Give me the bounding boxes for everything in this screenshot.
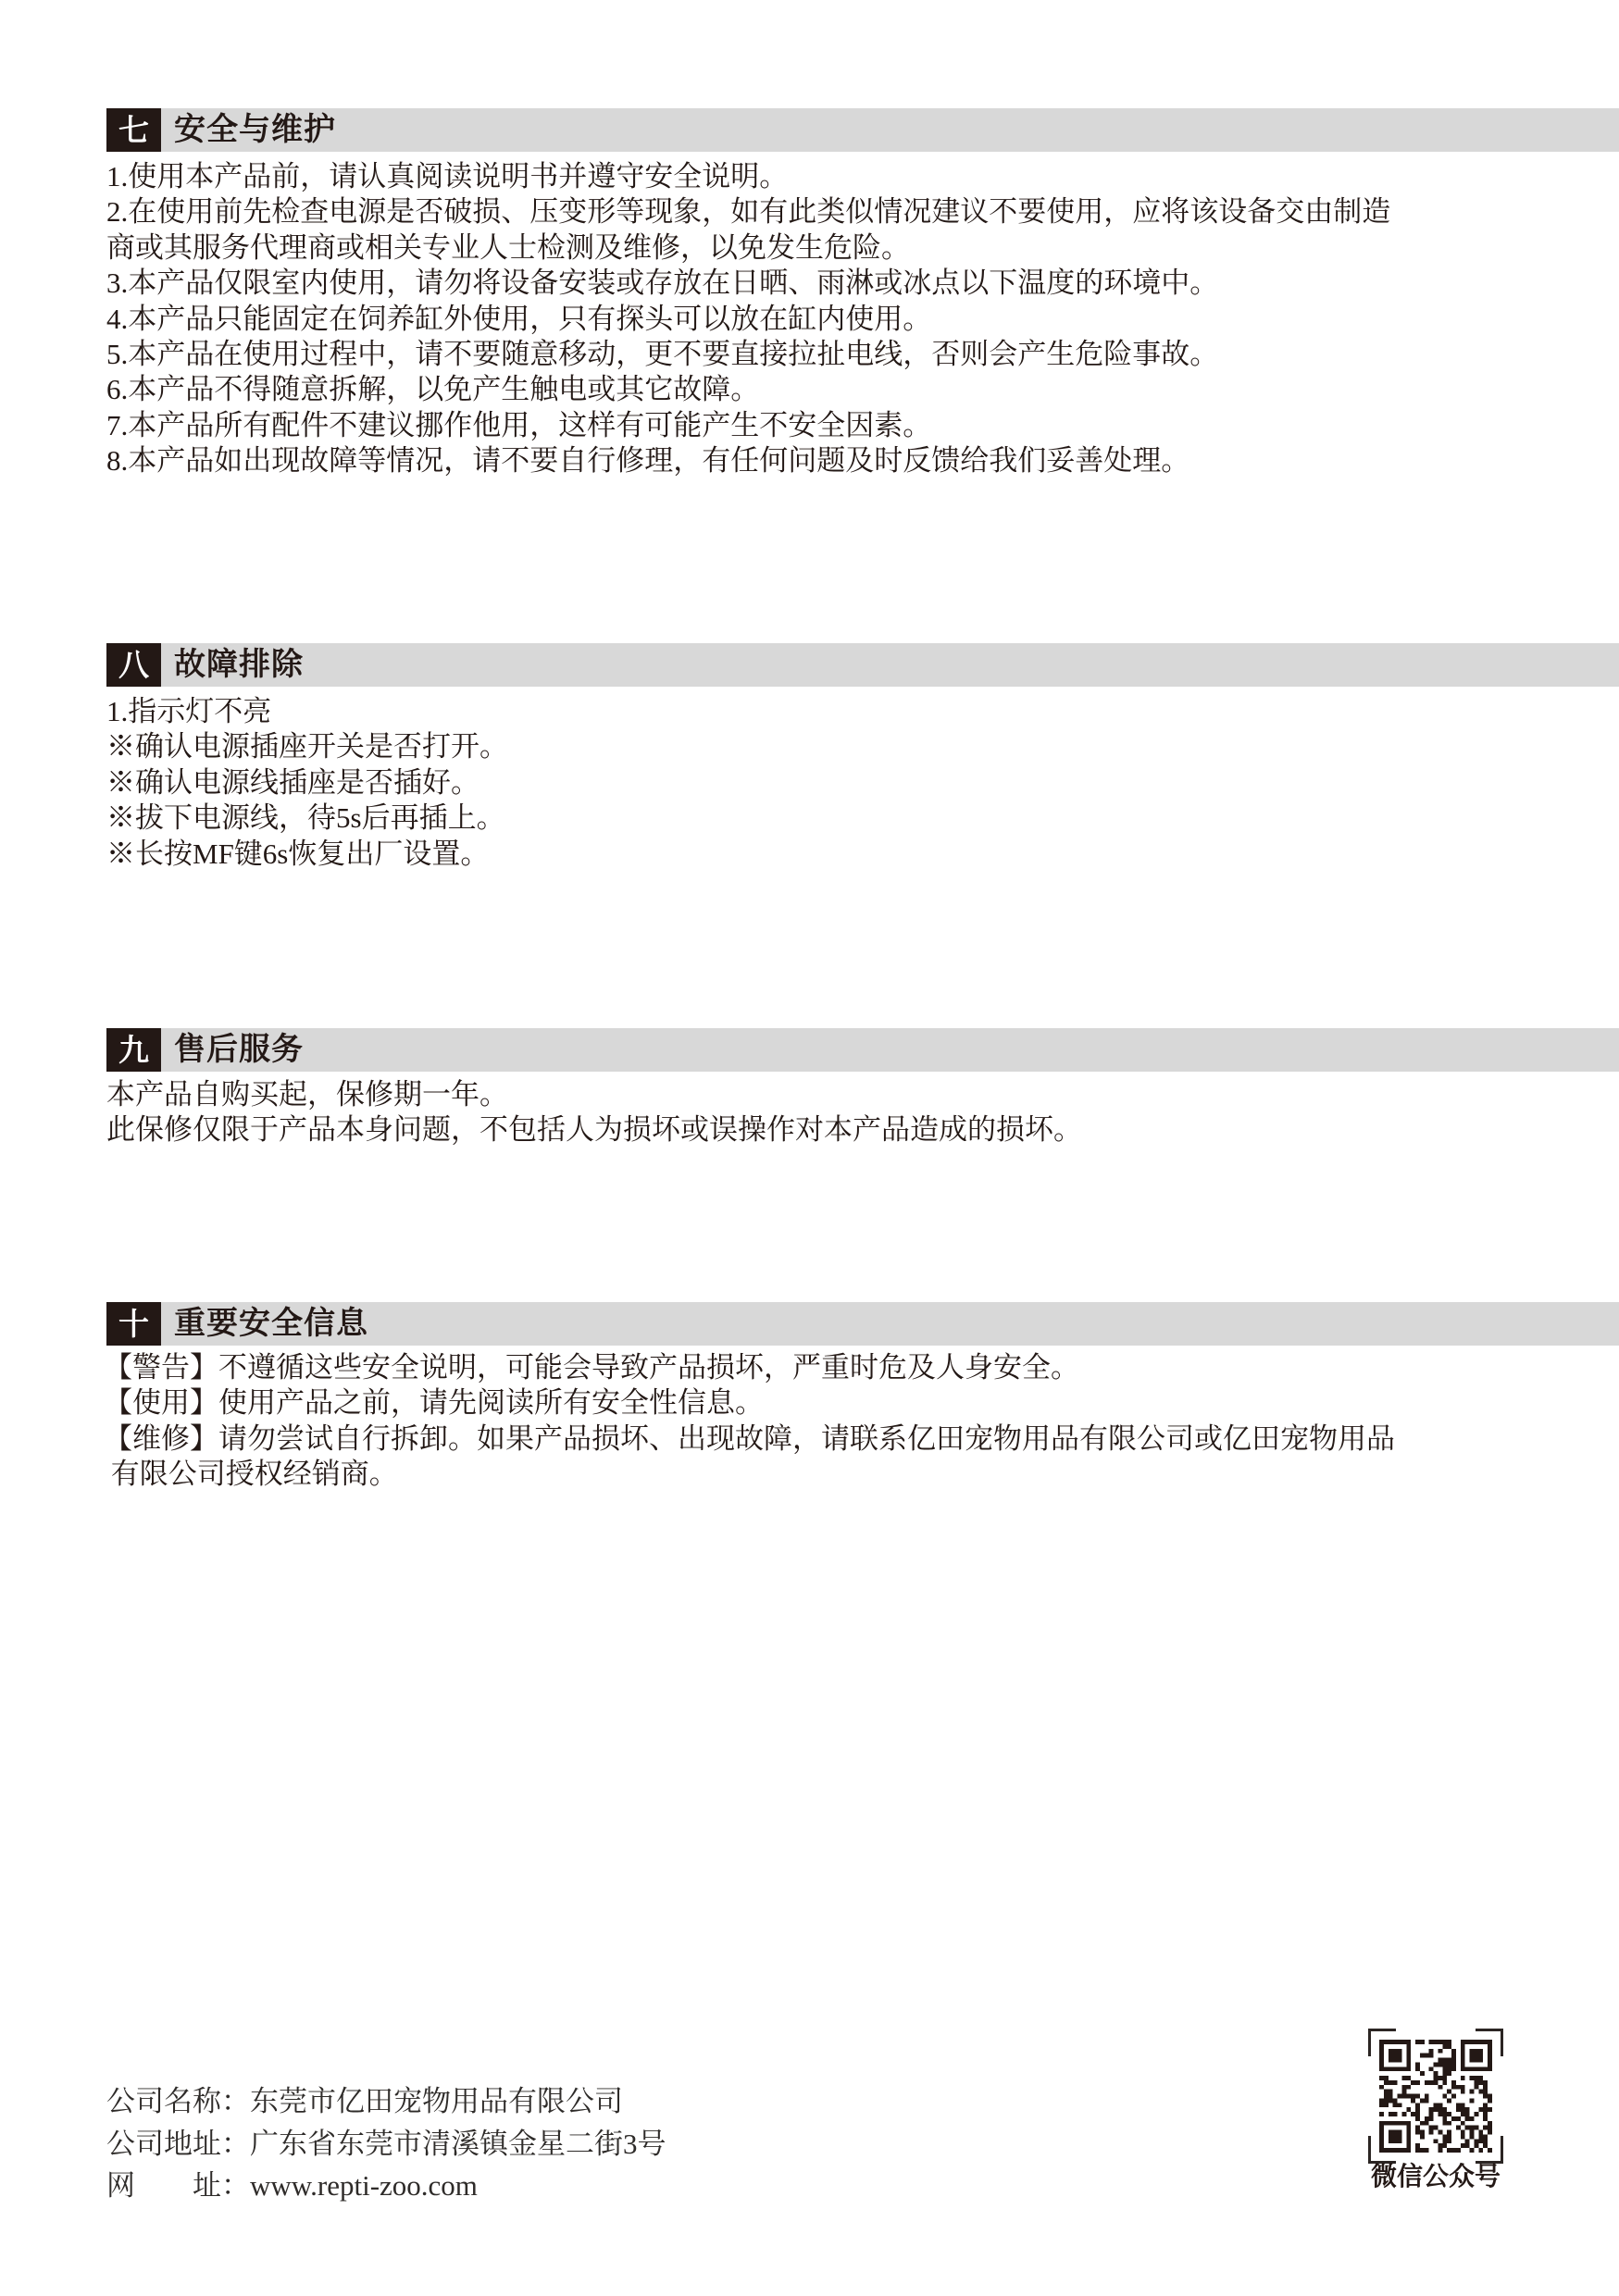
text-line: ※长按MF键6s恢复出厂设置。 — [106, 837, 1582, 872]
text-line: 1.使用本产品前，请认真阅读说明书并遵守安全说明。 — [106, 159, 1582, 194]
section-number-badge: 八 — [106, 643, 161, 687]
section-title: 安全与维护 — [174, 108, 336, 152]
text-line: 5.本产品在使用过程中，请不要随意移动，更不要直接拉扯电线，否则会产生危险事故。 — [106, 337, 1582, 372]
text-line: 8.本产品如出现故障等情况，请不要自行修理，有任何问题及时反馈给我们妥善处理。 — [106, 443, 1582, 478]
company-info: 公司名称：东莞市亿田宠物用品有限公司 公司地址：广东省东莞市清溪镇金星二街3号 … — [106, 2080, 666, 2207]
text-line: 4.本产品只能固定在饲养缸外使用，只有探头可以放在缸内使用。 — [106, 302, 1582, 337]
section-body-important-safety-info: 【警告】不遵循这些安全说明，可能会导致产品损坏，严重时危及人身安全。【使用】使用… — [104, 1350, 1582, 1493]
manual-page: 七 安全与维护 1.使用本产品前，请认真阅读说明书并遵守安全说明。2.在使用前先… — [0, 0, 1619, 2296]
section-header-important-safety-info: 十 重要安全信息 — [106, 1302, 1619, 1346]
section-number-badge: 七 — [106, 108, 161, 152]
company-name: 公司名称：东莞市亿田宠物用品有限公司 — [106, 2080, 666, 2123]
text-line: 2.在使用前先检查电源是否破损、压变形等现象，如有此类似情况建议不要使用，应将该… — [106, 194, 1582, 230]
text-line: 本产品自购买起，保修期一年。 — [106, 1077, 1582, 1112]
text-line: 【使用】使用产品之前，请先阅读所有安全性信息。 — [104, 1385, 1582, 1421]
text-line: 【警告】不遵循这些安全说明，可能会导致产品损坏，严重时危及人身安全。 — [104, 1350, 1582, 1385]
section-body-after-sales: 本产品自购买起，保修期一年。此保修仅限于产品本身问题，不包括人为损坏或误操作对本… — [106, 1077, 1582, 1148]
section-number-badge: 九 — [106, 1028, 161, 1072]
text-line: 【维修】请勿尝试自行拆卸。如果产品损坏、出现故障，请联系亿田宠物用品有限公司或亿… — [104, 1421, 1582, 1457]
section-body-troubleshooting: 1.指示灯不亮※确认电源插座开关是否打开。※确认电源线插座是否插好。※拔下电源线… — [106, 694, 1582, 872]
text-line: 3.本产品仅限室内使用，请勿将设备安装或存放在日晒、雨淋或冰点以下温度的环境中。 — [106, 266, 1582, 301]
section-header-after-sales: 九 售后服务 — [106, 1028, 1619, 1072]
text-line: 7.本产品所有配件不建议挪作他用，这样有可能产生不安全因素。 — [106, 408, 1582, 443]
text-line: ※确认电源线插座是否插好。 — [106, 765, 1582, 800]
qr-label: 微信公众号 — [1368, 2163, 1503, 2191]
company-website: 网 址：www.repti-zoo.com — [106, 2165, 666, 2207]
text-line: 此保修仅限于产品本身问题，不包括人为损坏或误操作对本产品造成的损坏。 — [106, 1112, 1582, 1148]
text-line: 6.本产品不得随意拆解，以免产生触电或其它故障。 — [106, 372, 1582, 407]
text-line: 商或其服务代理商或相关专业人士检测及维修，以免发生危险。 — [106, 230, 1582, 266]
section-title: 售后服务 — [174, 1028, 304, 1072]
wechat-qr-frame — [1368, 2029, 1503, 2164]
section-body-safety-maintenance: 1.使用本产品前，请认真阅读说明书并遵守安全说明。2.在使用前先检查电源是否破损… — [106, 159, 1582, 479]
section-title: 重要安全信息 — [174, 1302, 368, 1346]
text-line: 有限公司授权经销商。 — [104, 1457, 1582, 1492]
text-line: ※确认电源插座开关是否打开。 — [106, 729, 1582, 764]
text-line: ※拔下电源线，待5s后再插上。 — [106, 800, 1582, 836]
qr-code-icon — [1379, 2040, 1492, 2153]
company-address: 公司地址：广东省东莞市清溪镇金星二街3号 — [106, 2123, 666, 2166]
section-number-badge: 十 — [106, 1302, 161, 1346]
text-line: 1.指示灯不亮 — [106, 694, 1582, 729]
section-header-safety-maintenance: 七 安全与维护 — [106, 108, 1619, 152]
section-header-troubleshooting: 八 故障排除 — [106, 643, 1619, 687]
section-title: 故障排除 — [174, 643, 304, 687]
